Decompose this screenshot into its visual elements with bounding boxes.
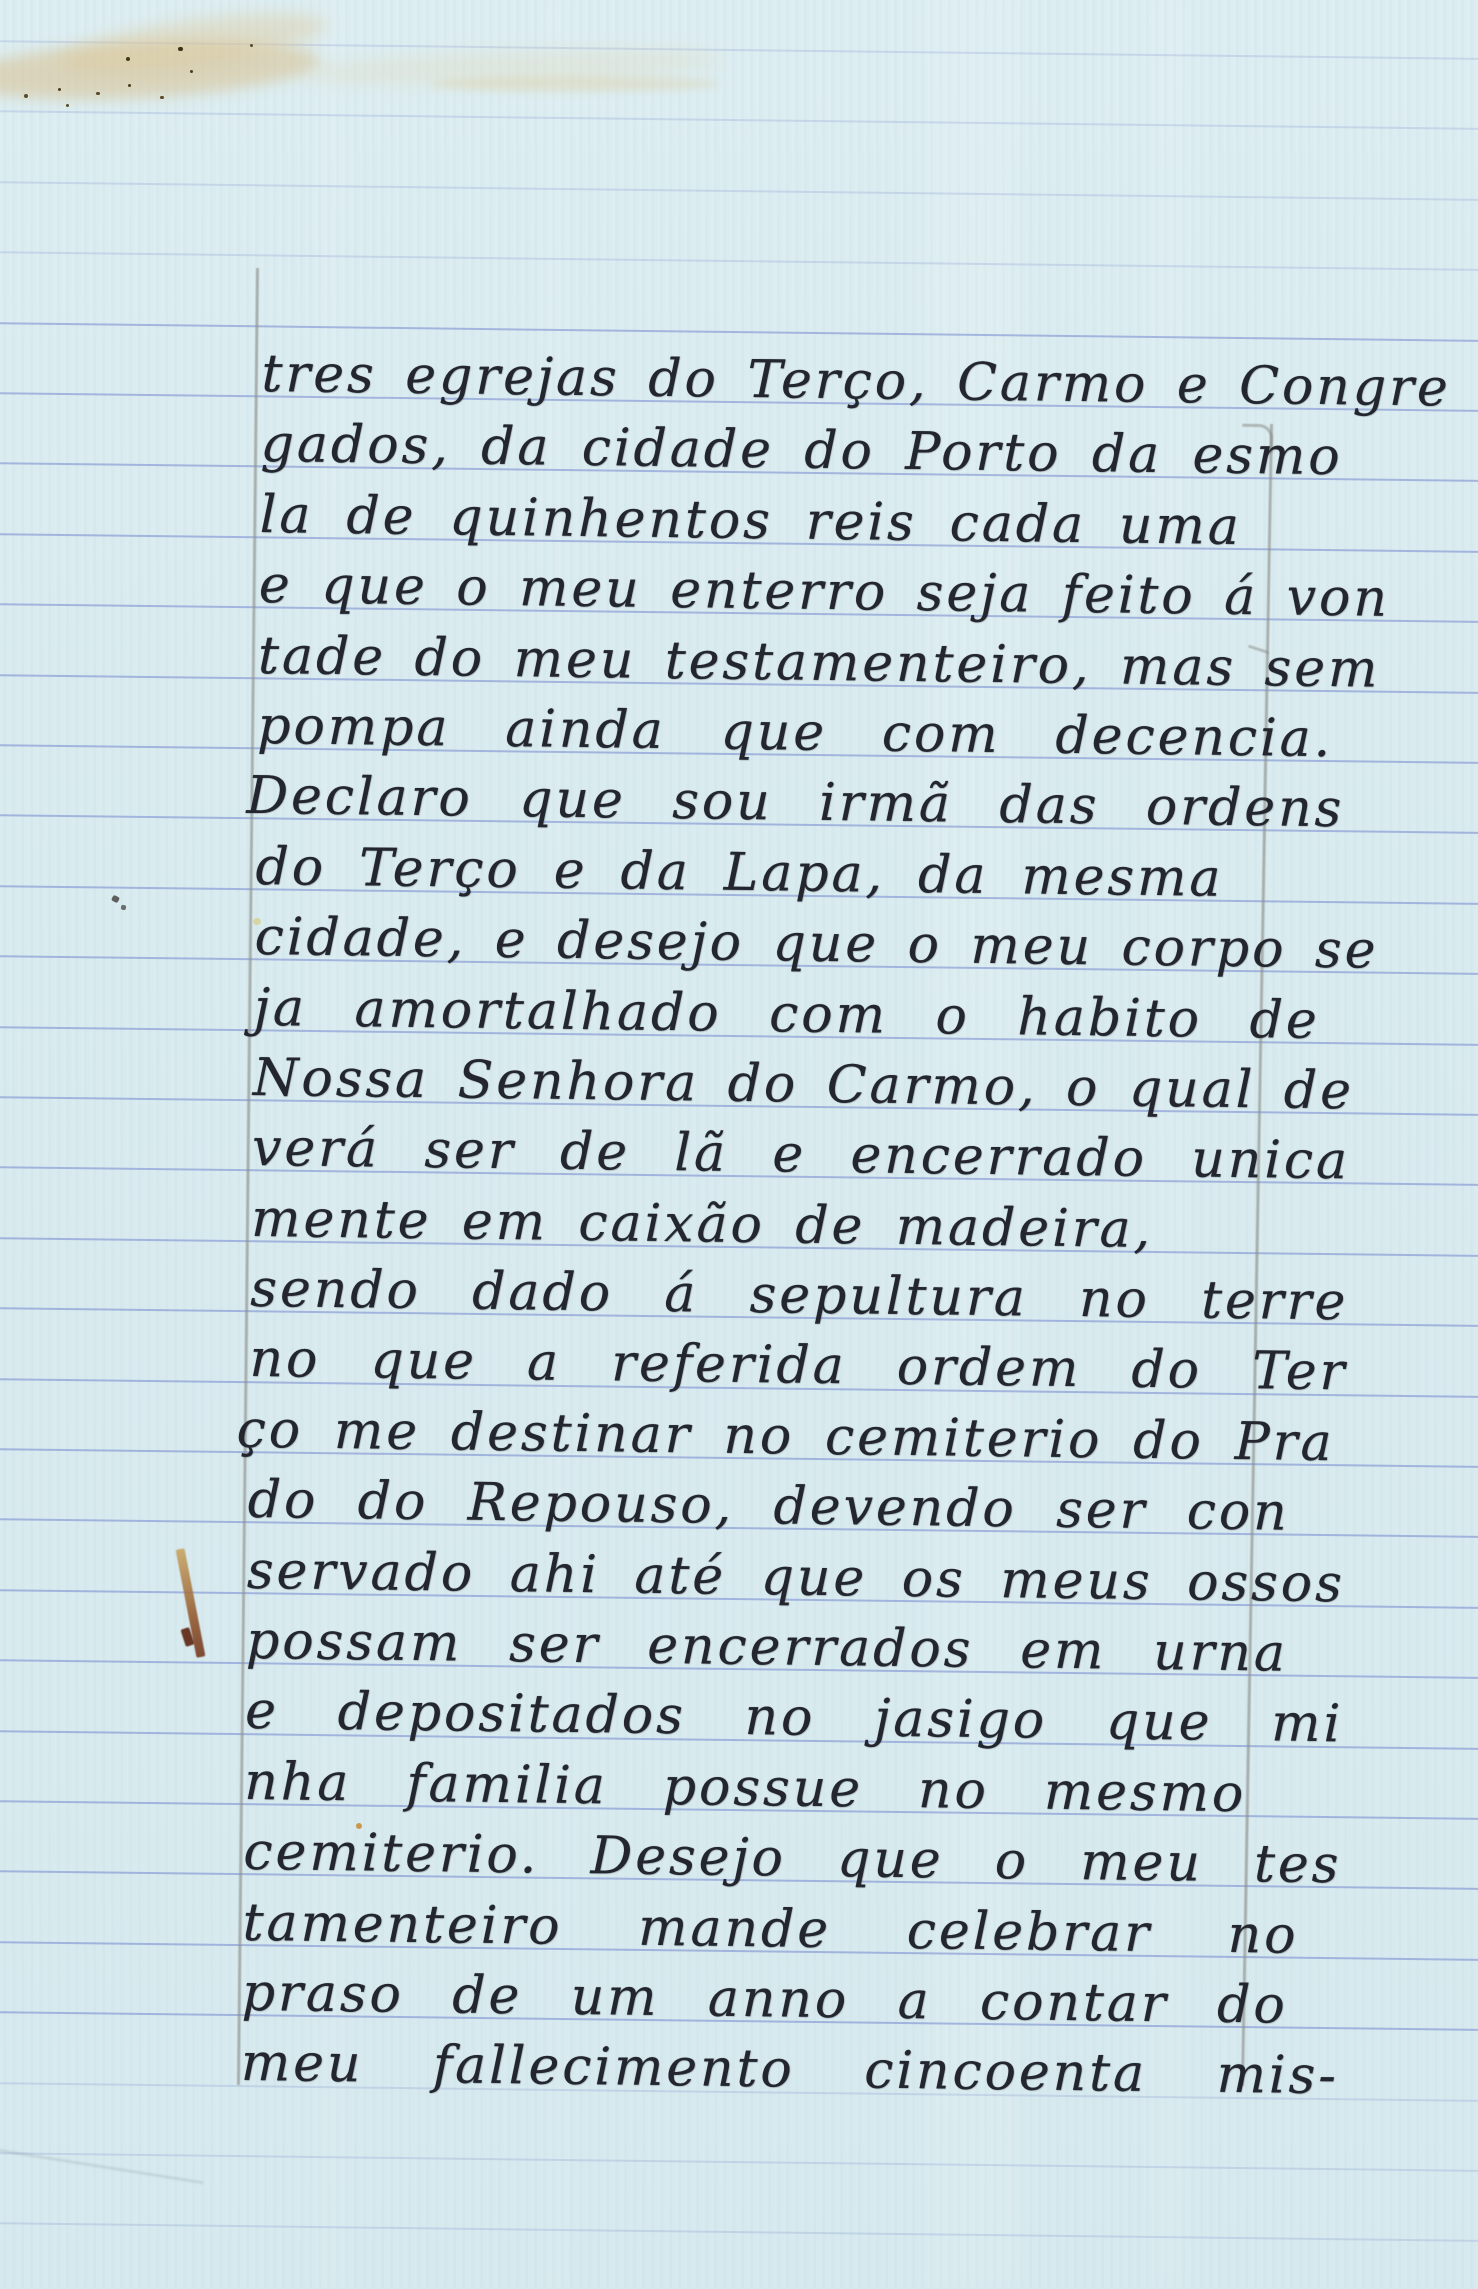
handwritten-line: ja amortalhado com o habito de — [253, 972, 1320, 1055]
handwritten-line: do do Repouso, devendo ser con — [247, 1465, 1290, 1548]
handwritten-line: pompa ainda que com decencia. — [257, 691, 1334, 775]
handwritten-line: gados, da cidade do Porto da esmo — [260, 409, 1343, 493]
handwritten-line: e que o meu enterro seja feito á von — [259, 550, 1358, 634]
top-stain — [295, 45, 726, 90]
top-stain — [56, 1, 330, 84]
handwritten-line: la de quinhentos reis cada uma — [259, 480, 1242, 562]
handwritten-line: cidade, e desejo que o meu corpo se — [254, 902, 1353, 986]
ruled-line — [0, 2152, 1478, 2173]
handwritten-line: servado ahi até que os meus ossos — [247, 1536, 1346, 1620]
ink-speck — [24, 94, 28, 98]
ruled-line — [0, 110, 1478, 131]
handwritten-text: tres egrejas do Terço, Carmo e Congregad… — [241, 339, 1372, 2112]
stain-scratch — [176, 1548, 206, 1658]
handwritten-line: no que a referida ordem do Ter — [249, 1324, 1348, 1408]
ink-speck — [160, 96, 164, 99]
handwritten-line: nha familia possue no mesmo — [244, 1747, 1247, 1830]
handwritten-line: verá ser de lã e encerrado unica — [252, 1113, 1351, 1197]
handwritten-line: e depositados no jasigo que mi — [245, 1676, 1344, 1760]
ink-speck — [126, 57, 130, 61]
handwritten-line: meu fallecimento cincoenta mis- — [241, 2028, 1340, 2112]
ruled-line — [0, 181, 1478, 202]
handwritten-line: tres egrejas do Terço, Carmo e Congre — [261, 339, 1360, 423]
ink-speck — [250, 44, 253, 47]
handwritten-line: Nossa Senhora do Carmo, o qual de — [253, 1043, 1352, 1127]
ruled-line — [0, 2222, 1478, 2243]
ruled-line — [0, 40, 1478, 61]
paper-crease — [0, 2148, 204, 2184]
ink-speck — [66, 104, 69, 107]
manuscript-page: tres egrejas do Terço, Carmo e Congregad… — [0, 0, 1478, 2289]
ink-speck — [190, 70, 193, 73]
ink-speck — [96, 92, 100, 95]
ink-speck — [128, 84, 131, 87]
handwritten-line: do Terço e da Lapa, da mesma — [255, 832, 1224, 914]
pencil-mark — [111, 895, 120, 904]
top-stain — [0, 33, 321, 108]
handwritten-line: praso de um anno a contar do — [241, 1958, 1288, 2041]
handwritten-line: sendo dado á sepultura no terre — [250, 1254, 1349, 1338]
ruled-line — [0, 251, 1478, 272]
ink-speck — [178, 47, 183, 51]
top-stain-streak — [430, 76, 720, 92]
handwritten-line: cemiterio. Desejo que o meu tes — [243, 1817, 1342, 1901]
handwritten-line: ço me destinar no cemiterio do Pra — [236, 1395, 1335, 1479]
handwritten-line: possam ser encerrados em urna — [246, 1606, 1289, 1689]
stain-scratch-tip — [180, 1627, 194, 1647]
handwritten-line: tamenteiro mande celebrar no — [242, 1887, 1299, 1970]
pencil-mark — [121, 905, 127, 911]
handwritten-line: tade do meu testamenteiro, mas sem — [258, 621, 1357, 705]
handwritten-line: Declaro que sou irmã das ordens — [246, 761, 1345, 845]
handwritten-line: mente em caixão de madeira, — [251, 1184, 1154, 1265]
ruled-line — [0, 322, 1478, 343]
ink-speck — [58, 88, 61, 91]
